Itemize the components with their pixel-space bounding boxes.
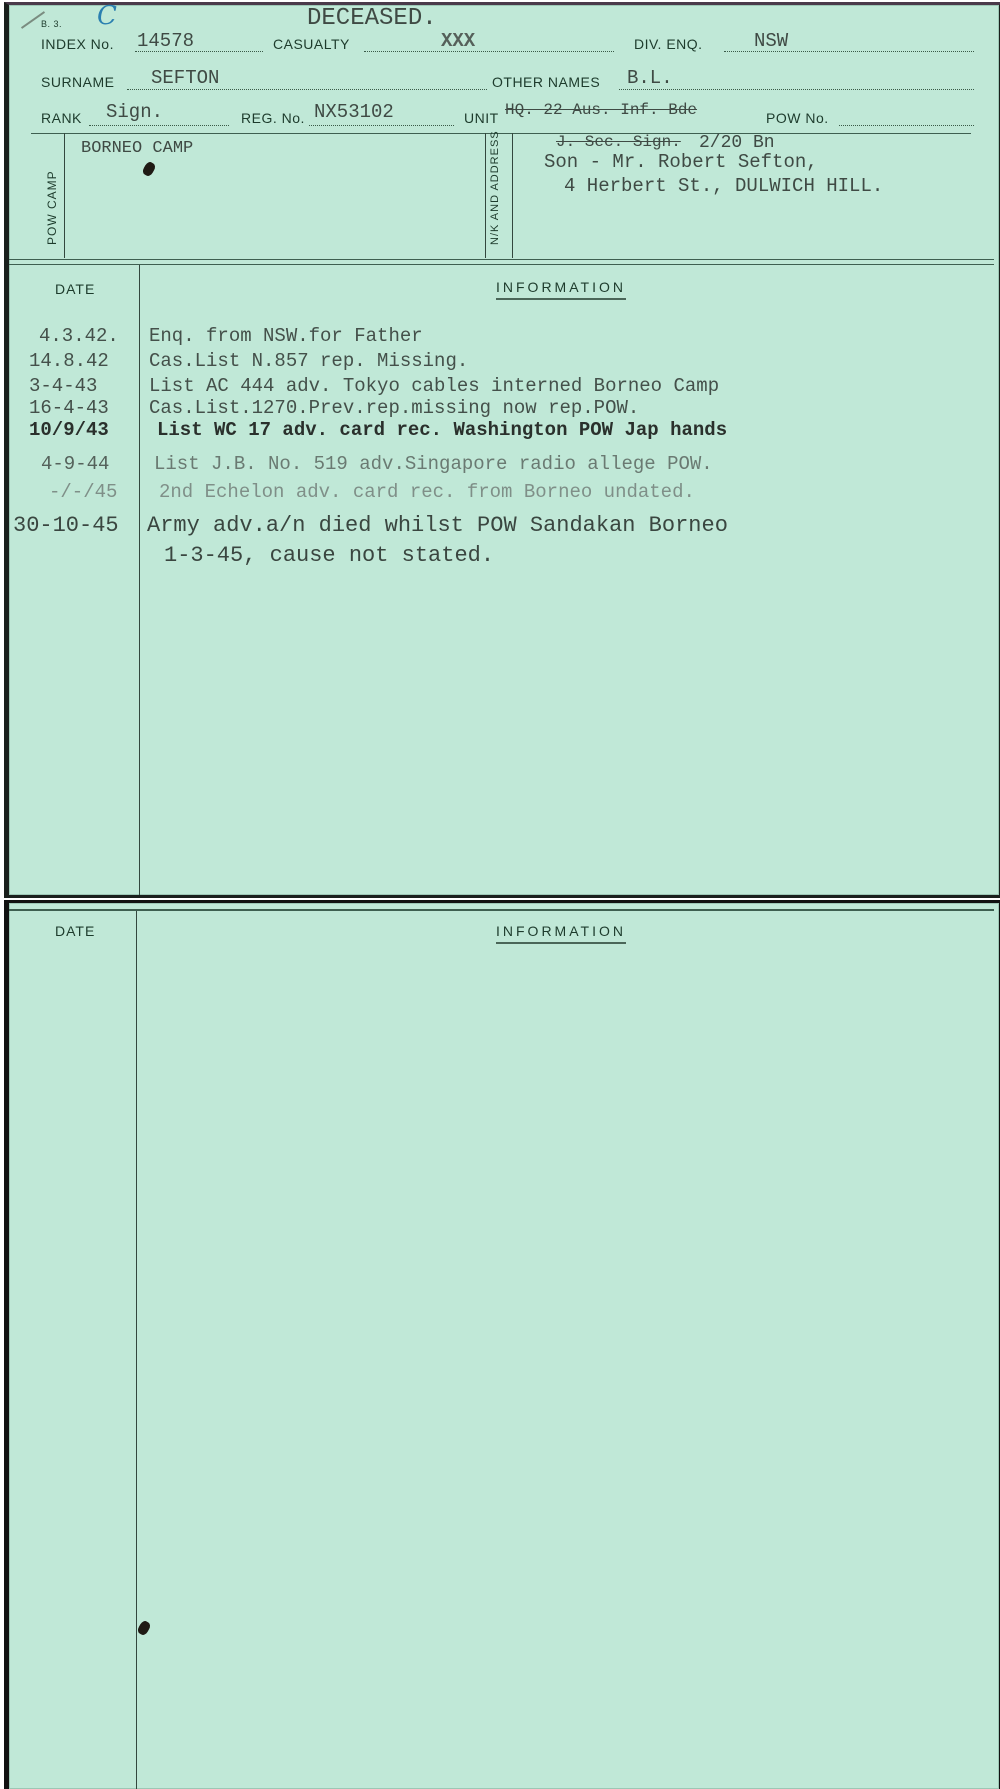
date-column-header-back: DATE: [55, 923, 95, 939]
other-names-value: B.L.: [627, 67, 673, 89]
casualty-value: XXX: [441, 30, 475, 52]
reg-no-value: NX53102: [314, 101, 394, 123]
index-no-value: 14578: [137, 30, 194, 52]
log-entry-date: -/-/45: [49, 481, 117, 503]
information-column-header: INFORMATION: [496, 279, 626, 300]
other-names-label: OTHER NAMES: [492, 74, 600, 90]
log-entry-date: 16-4-43: [29, 397, 109, 419]
log-entry-info: Army adv.a/n died whilst POW Sandakan Bo…: [147, 513, 728, 538]
log-entry-date: 4.3.42.: [39, 325, 119, 347]
form-code: B. 3.: [41, 19, 62, 29]
log-entry-info: List WC 17 adv. card rec. Washington POW…: [157, 419, 727, 441]
rank-value: Sign.: [106, 101, 163, 123]
log-entry-date: 4-9-44: [41, 453, 109, 475]
nk-address-label: N/K AND ADDRESS: [489, 130, 501, 245]
date-column-header: DATE: [55, 281, 95, 297]
div-enq-label: DIV. ENQ.: [634, 36, 703, 52]
unit-value-struck-2: J. Sec. Sign.: [556, 133, 681, 151]
log-entry-date: 30-10-45: [13, 513, 119, 538]
surname-label: SURNAME: [41, 74, 115, 90]
information-column-header-back: INFORMATION: [496, 923, 626, 944]
log-entry-info: 1-3-45, cause not stated.: [164, 543, 494, 568]
nk-address-line-2: 4 Herbert St., DULWICH HILL.: [564, 175, 883, 197]
log-entry-info: 2nd Echelon adv. card rec. from Borneo u…: [159, 481, 695, 503]
rank-label: RANK: [41, 110, 82, 126]
reg-no-label: REG. No.: [241, 110, 305, 126]
pow-camp-label: POW CAMP: [45, 170, 59, 245]
unit-label: UNIT: [464, 110, 499, 126]
log-entry-info: List J.B. No. 519 adv.Singapore radio al…: [154, 453, 713, 475]
nk-address-line-1: Son - Mr. Robert Sefton,: [544, 151, 818, 173]
index-card-front: B. 3. C DECEASED. INDEX No. 14578 CASUAL…: [4, 2, 1000, 898]
punch-hole-back: [136, 1619, 152, 1636]
unit-value-struck: HQ. 22 Aus. Inf. Bde: [505, 101, 697, 119]
div-enq-value: NSW: [754, 30, 788, 52]
blue-pencil-mark: C: [97, 1, 117, 31]
punch-hole: [141, 160, 157, 177]
log-entry-info: List AC 444 adv. Tokyo cables interned B…: [149, 375, 719, 397]
pow-camp-value: BORNEO CAMP: [81, 139, 193, 158]
log-entry-info: Enq. from NSW.for Father: [149, 325, 423, 347]
index-no-label: INDEX No.: [41, 36, 114, 52]
casualty-label: CASUALTY: [273, 36, 350, 52]
surname-value: SEFTON: [151, 67, 219, 89]
status-stamp: DECEASED.: [307, 5, 437, 32]
log-entry-date: 10/9/43: [29, 419, 109, 441]
pow-no-label: POW No.: [766, 110, 829, 126]
log-entry-info: Cas.List.1270.Prev.rep.missing now rep.P…: [149, 397, 639, 419]
log-entry-info: Cas.List N.857 rep. Missing.: [149, 350, 468, 372]
unit-value: 2/20 Bn: [699, 133, 775, 153]
log-entry-date: 14.8.42: [29, 350, 109, 372]
log-entry-date: 3-4-43: [29, 375, 97, 397]
index-card-back: DATE INFORMATION: [4, 900, 1000, 1789]
